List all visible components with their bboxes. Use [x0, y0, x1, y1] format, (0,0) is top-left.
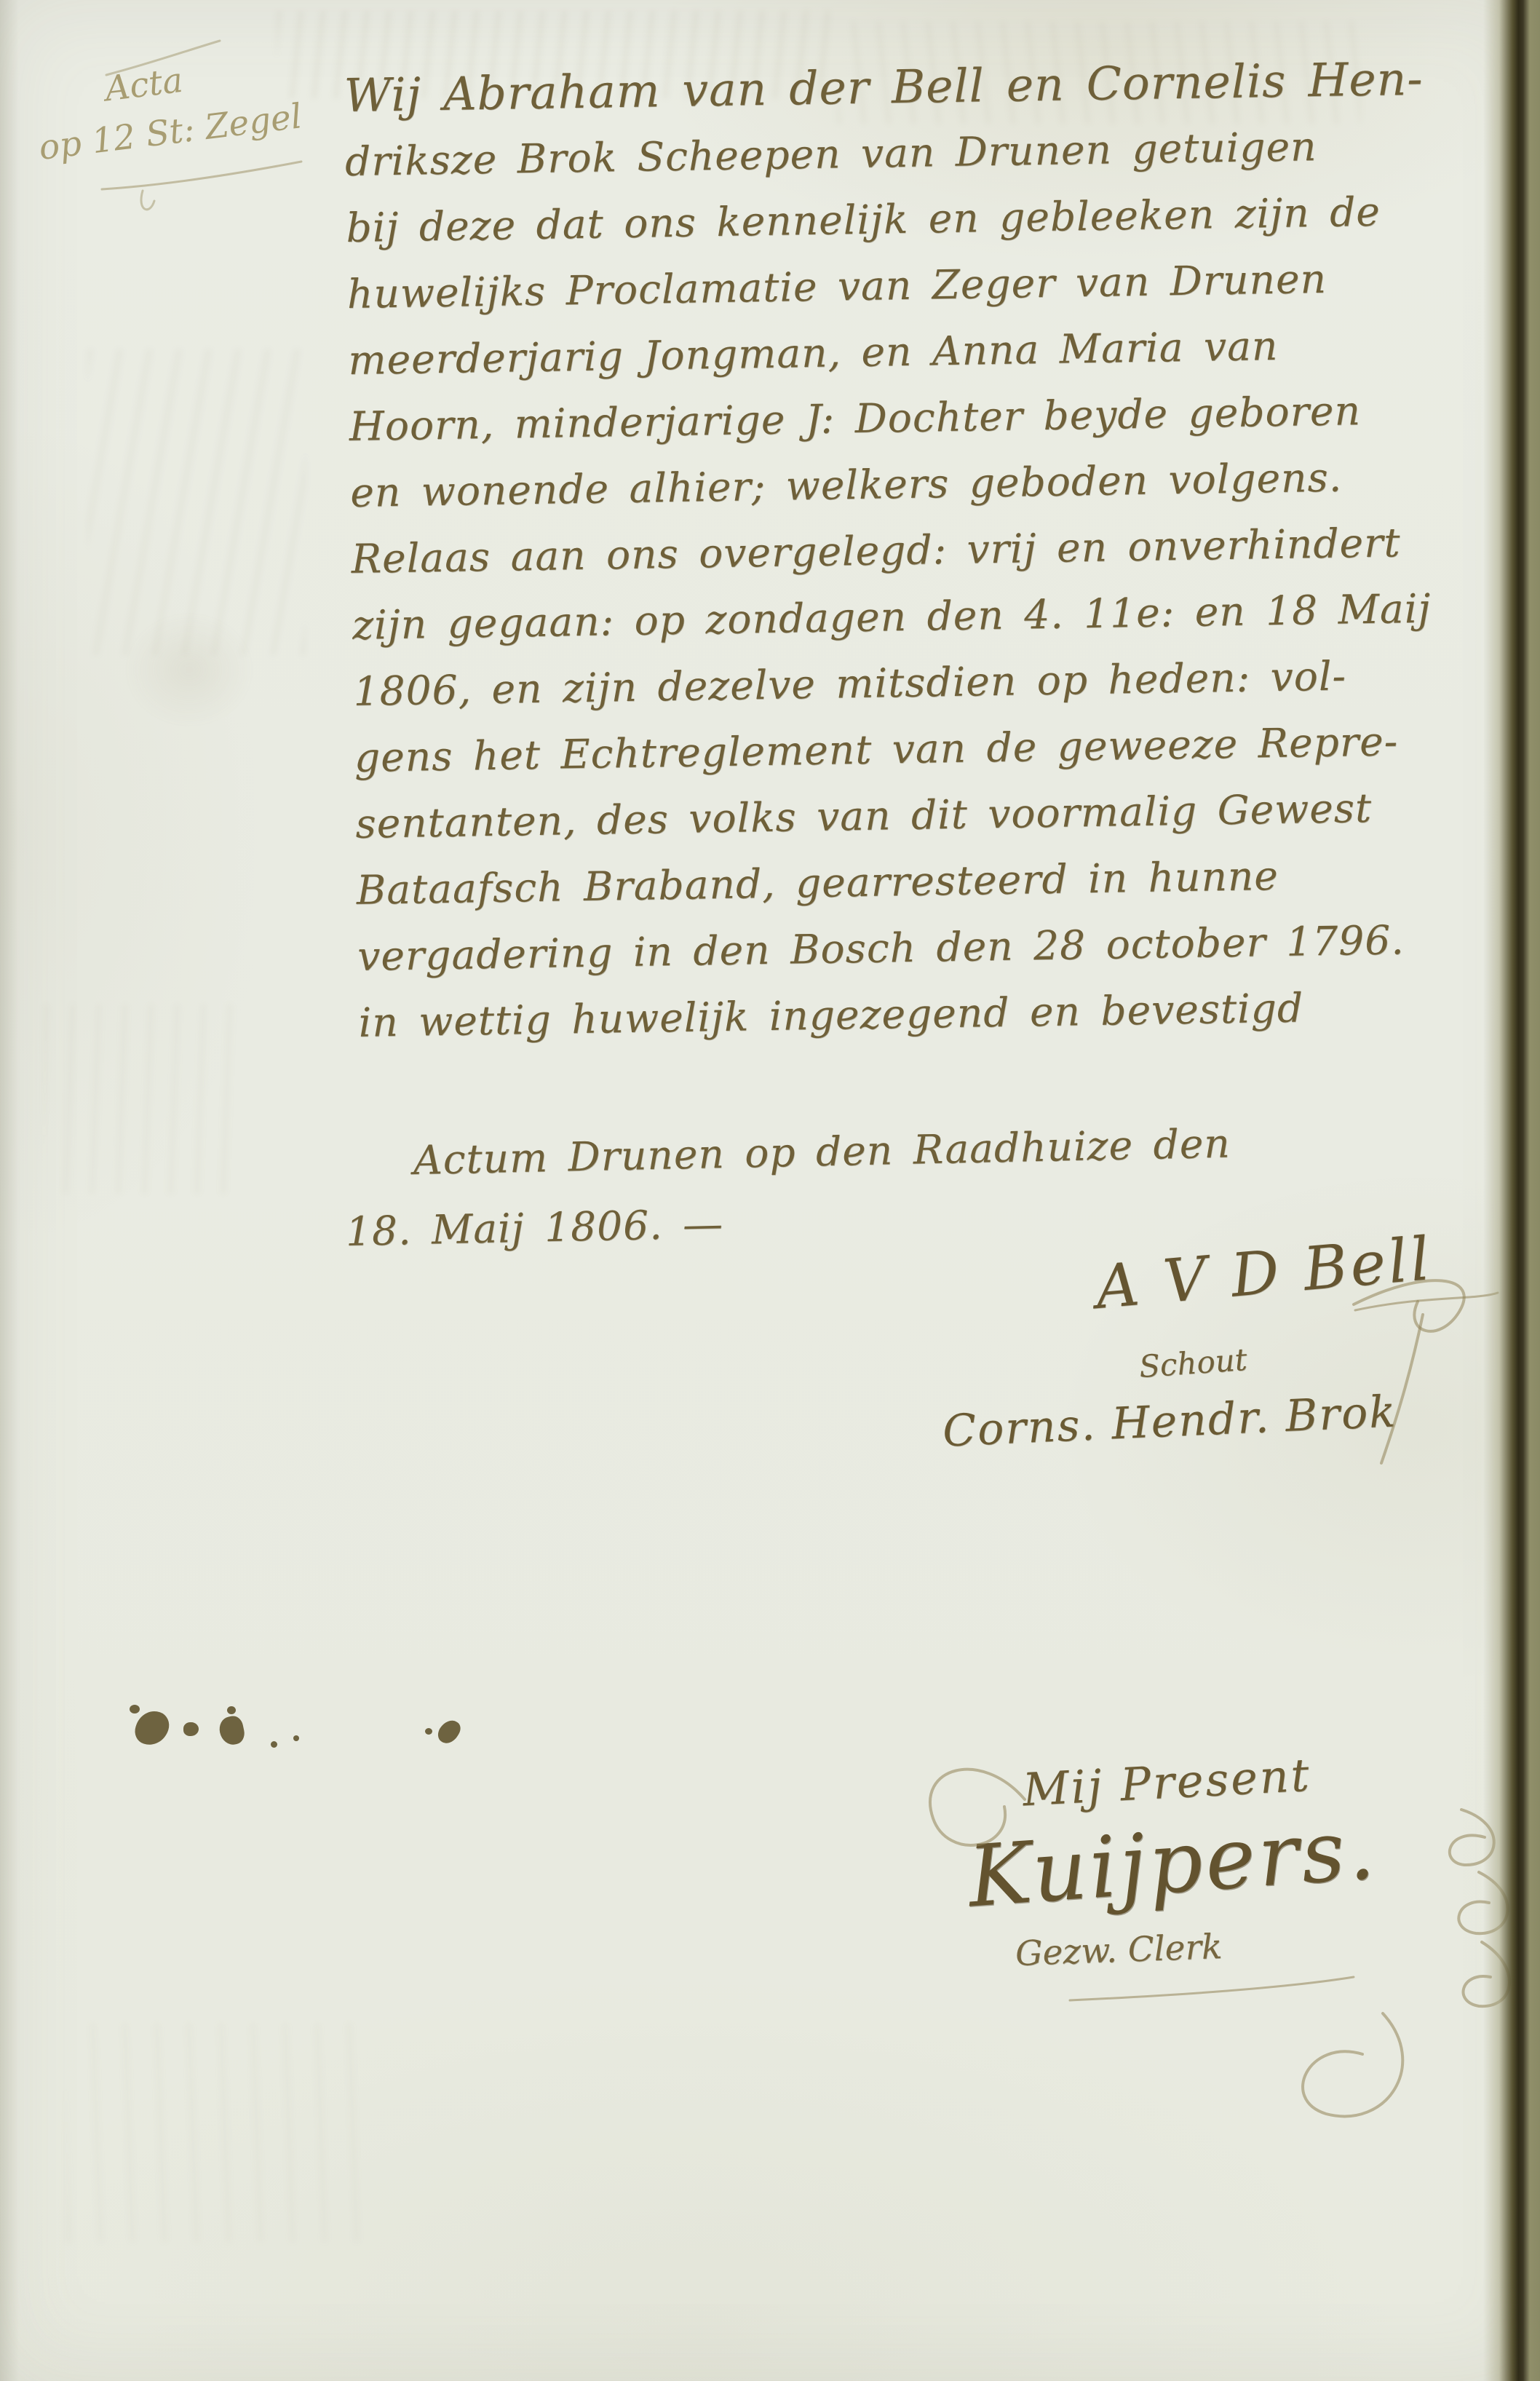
bleedthrough-smudge	[44, 1005, 233, 1194]
margin-note-undercurl	[141, 191, 154, 210]
clerk-underline	[1070, 1977, 1354, 2000]
ink-blot	[293, 1735, 299, 1741]
bleedthrough-smudge	[87, 349, 306, 655]
closing-text: Actum Drunen op den Raadhuize den 18. Ma…	[344, 1108, 1233, 1266]
margin-note-line2: op 12 St: Zegel	[36, 95, 316, 168]
signature-kuijpers: Kuijpers.	[965, 1800, 1381, 1927]
ink-blot	[271, 1741, 277, 1748]
ink-blot	[132, 1706, 173, 1749]
ink-blot	[227, 1706, 236, 1714]
manuscript-page: Acta op 12 St: Zegel Wij Abraham van der…	[0, 0, 1540, 2381]
page-left-edge	[0, 0, 19, 2381]
margin-note-underline-stroke	[102, 162, 301, 189]
body-text: Wij Abraham van der Bell en Cornelis Hen…	[344, 44, 1523, 1056]
margin-note: Acta op 12 St: Zegel	[31, 45, 316, 168]
ink-blot	[425, 1728, 432, 1735]
kuijpers-descender-loop	[1303, 2013, 1402, 2116]
signature-bell-title: Schout	[1138, 1342, 1248, 1384]
ink-blot	[130, 1705, 140, 1714]
ink-blot	[217, 1714, 246, 1747]
book-binding-edge	[1483, 0, 1540, 2381]
ink-blot	[434, 1716, 464, 1748]
bleedthrough-smudge	[66, 2024, 371, 2242]
bleedthrough-smudge	[124, 611, 255, 728]
attestation-title: Gezw. Clerk	[1015, 1927, 1223, 1974]
signature-brok: Corns. Hendr. Brok	[942, 1386, 1398, 1457]
attestation-present: Mij Present	[1021, 1748, 1312, 1817]
ink-blot	[183, 1722, 199, 1736]
